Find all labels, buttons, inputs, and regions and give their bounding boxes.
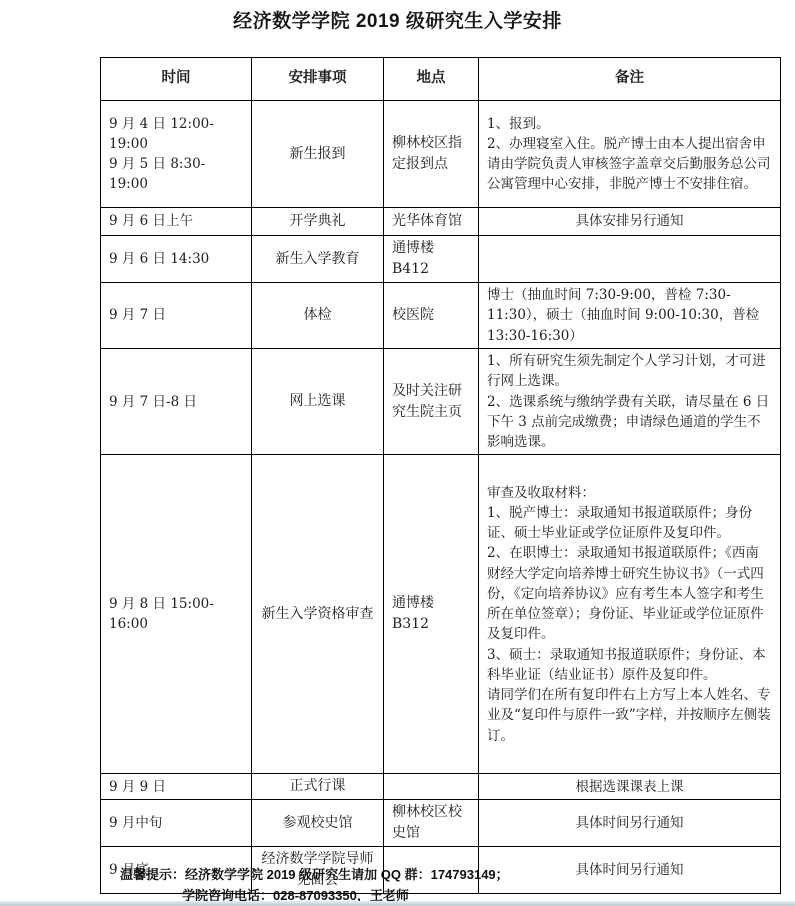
cell-notes: 具体时间另行通知 <box>479 847 781 894</box>
column-header-location: 地点 <box>384 58 479 101</box>
table-row: 9 月 7 日-8 日 网上选课 及时关注研究生院主页 1、所有研究生须先制定个… <box>101 349 781 455</box>
table-row: 9 月 6 日上午 开学典礼 光华体育馆 具体安排另行通知 <box>101 208 781 236</box>
cell-time: 9 月 8 日 15:00-16:00 <box>101 455 252 774</box>
cell-location: 柳林校区指定报到点 <box>384 101 479 208</box>
column-header-time: 时间 <box>101 58 252 101</box>
footer-tip-line: 温馨提示：经济数学学院 2019 级研究生请加 QQ 群：174793149； <box>120 866 509 885</box>
cell-time: 9 月 7 日 <box>101 283 252 349</box>
cell-notes: 根据选课课表上课 <box>479 774 781 800</box>
cell-time: 9 月 7 日-8 日 <box>101 349 252 455</box>
cell-time: 9 月 6 日上午 <box>101 208 252 236</box>
cell-time: 9 月 4 日 12:00-19:00 9 月 5 日 8:30-19:00 <box>101 101 252 208</box>
cell-event: 新生入学教育 <box>252 236 384 283</box>
cell-location: 光华体育馆 <box>384 208 479 236</box>
cell-notes: 博士（抽血时间 7:30-9:00，普检 7:30-11:30），硕士（抽血时间… <box>479 283 781 349</box>
table-row: 9 月中旬 参观校史馆 柳林校区校史馆 具体时间另行通知 <box>101 800 781 847</box>
column-header-event: 安排事项 <box>252 58 384 101</box>
cell-event: 体检 <box>252 283 384 349</box>
enrollment-schedule-table: 时间 安排事项 地点 备注 9 月 4 日 12:00-19:00 9 月 5 … <box>100 57 781 894</box>
cell-location: 柳林校区校史馆 <box>384 800 479 847</box>
cell-time: 9 月中旬 <box>101 800 252 847</box>
cell-time: 9 月 6 日 14:30 <box>101 236 252 283</box>
cell-notes: 具体安排另行通知 <box>479 208 781 236</box>
cell-notes <box>479 236 781 283</box>
cell-event: 新生报到 <box>252 101 384 208</box>
cell-location: 及时关注研究生院主页 <box>384 349 479 455</box>
cell-event: 开学典礼 <box>252 208 384 236</box>
table-row: 9 月 7 日 体检 校医院 博士（抽血时间 7:30-9:00，普检 7:30… <box>101 283 781 349</box>
cell-event: 参观校史馆 <box>252 800 384 847</box>
cell-notes: 审查及收取材料： 1、脱产博士：录取通知书报道联原件；身份证、硕士毕业证或学位证… <box>479 455 781 774</box>
table-row: 9 月 6 日 14:30 新生入学教育 通博楼 B412 <box>101 236 781 283</box>
table-row: 9 月 9 日 正式行课 根据选课课表上课 <box>101 774 781 800</box>
page-bottom-edge <box>0 901 795 906</box>
cell-location: 校医院 <box>384 283 479 349</box>
cell-location: 通博楼 B312 <box>384 455 479 774</box>
cell-event: 正式行课 <box>252 774 384 800</box>
cell-event: 新生入学资格审查 <box>252 455 384 774</box>
table-row: 9 月 8 日 15:00-16:00 新生入学资格审查 通博楼 B312 审查… <box>101 455 781 774</box>
footer-notes: 温馨提示：经济数学学院 2019 级研究生请加 QQ 群：174793149； … <box>120 866 509 906</box>
cell-notes: 具体时间另行通知 <box>479 800 781 847</box>
page-title: 经济数学学院 2019 级研究生入学安排 <box>0 6 795 33</box>
cell-event: 网上选课 <box>252 349 384 455</box>
cell-notes: 1、报到。 2、办理寝室入住。脱产博士由本人提出宿舍申请由学院负责人审核签字盖章… <box>479 101 781 208</box>
table-header-row: 时间 安排事项 地点 备注 <box>101 58 781 101</box>
cell-location: 通博楼 B412 <box>384 236 479 283</box>
cell-notes: 1、所有研究生须先制定个人学习计划，才可进行网上选课。 2、选课系统与缴纳学费有… <box>479 349 781 455</box>
cell-location <box>384 774 479 800</box>
cell-time: 9 月 9 日 <box>101 774 252 800</box>
column-header-notes: 备注 <box>479 58 781 101</box>
table-row: 9 月 4 日 12:00-19:00 9 月 5 日 8:30-19:00 新… <box>101 101 781 208</box>
